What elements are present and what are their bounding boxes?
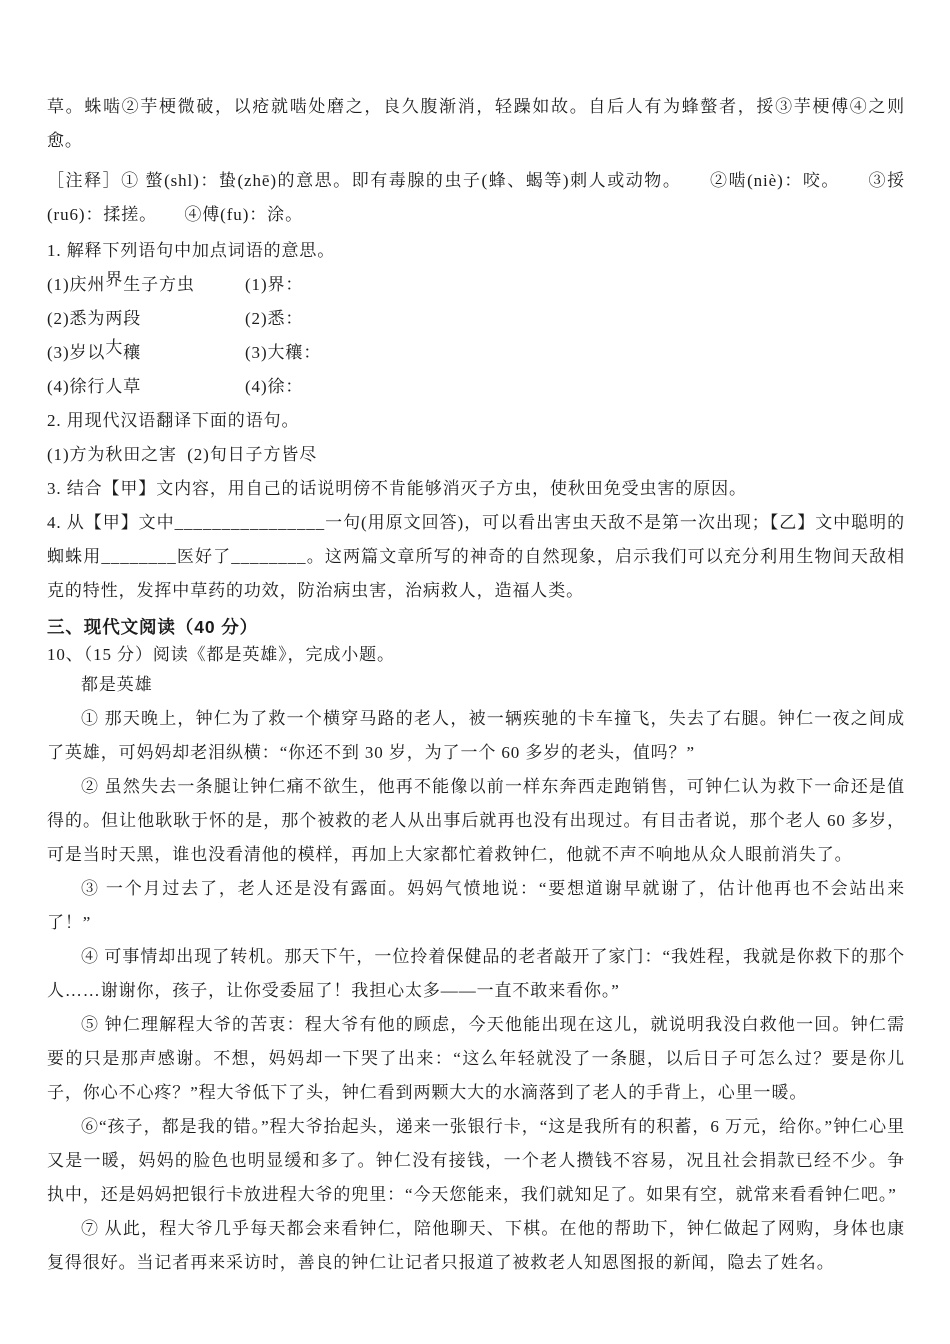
q1-phrase-post: 穰 [123, 343, 141, 362]
question-4: 4. 从【甲】文中________________一句(用原文回答)，可以看出害… [47, 506, 905, 608]
passage-notes: ［注释］① 螫(shl)：蛰(zhē)的意思。即有毒腺的虫子(蜂、蝎等)刺人或动… [47, 164, 905, 232]
question-1-stem: 1. 解释下列语句中加点词语的意思。 [47, 234, 905, 268]
q1-phrase-1: (1)庆州界生子方虫 [47, 268, 245, 302]
q1-answer-label-4: (4)徐： [245, 370, 303, 404]
section-heading-modern-reading: 三、现代文阅读（40 分） [47, 614, 905, 641]
question-10-stem: 10、（15 分）阅读《都是英雄》，完成小题。 [47, 641, 905, 668]
classical-passage-tail: 草。蛛啮②芋梗微破，以疮就啮处磨之，良久腹渐消，轻躁如故。自后人有为蜂螫者，挼③… [47, 90, 905, 158]
story-paragraph-6: ⑥“孩子，都是我的错。”程大爷抬起头，递来一张银行卡，“这是我所有的积蓄，6 万… [47, 1110, 905, 1212]
q1-item-2: (2)悉为两段 (2)悉： [47, 302, 905, 336]
q1-item-1: (1)庆州界生子方虫 (1)界： [47, 268, 905, 302]
question-2-items: (1)方为秋田之害 (2)旬日子方皆尽 [47, 438, 905, 472]
q1-phrase-pre: (4)徐行人草 [47, 377, 141, 396]
story-paragraph-3: ③ 一个月过去了，老人还是没有露面。妈妈气愤地说：“要想道谢早就谢了，估计他再也… [47, 872, 905, 940]
q1-phrase-2: (2)悉为两段 [47, 302, 245, 336]
q1-emphasized-word: 大 [105, 338, 123, 357]
q1-item-4: (4)徐行人草 (4)徐： [47, 370, 905, 404]
q1-answer-label-2: (2)悉： [245, 302, 303, 336]
q1-phrase-4: (4)徐行人草 [47, 370, 245, 404]
q1-phrase-pre: (2)悉为两段 [47, 309, 141, 328]
q1-item-3: (3)岁以大穰 (3)大穰： [47, 336, 905, 370]
story-paragraph-2: ② 虽然失去一条腿让钟仁痛不欲生，他再不能像以前一样东奔西走跑销售，可钟仁认为救… [47, 770, 905, 872]
q1-answer-label-1: (1)界： [245, 268, 303, 302]
q1-phrase-post: 生子方虫 [123, 275, 195, 294]
story-title: 都是英雄 [47, 668, 905, 702]
q1-phrase-pre: (3)岁以 [47, 343, 105, 362]
story-paragraph-4: ④ 可事情却出现了转机。那天下午，一位拎着保健品的老者敲开了家门：“我姓程，我就… [47, 940, 905, 1008]
exam-document-page: 草。蛛啮②芋梗微破，以疮就啮处磨之，良久腹渐消，轻躁如故。自后人有为蜂螫者，挼③… [0, 0, 950, 1344]
story-paragraph-5: ⑤ 钟仁理解程大爷的苦衷：程大爷有他的顾虑，今天他能出现在这儿，就说明我没白救他… [47, 1008, 905, 1110]
q1-phrase-3: (3)岁以大穰 [47, 336, 245, 370]
question-2-stem: 2. 用现代汉语翻译下面的语句。 [47, 404, 905, 438]
q1-phrase-pre: (1)庆州 [47, 275, 105, 294]
question-3: 3. 结合【甲】文内容，用自己的话说明傍不肯能够消灭子方虫，使秋田免受虫害的原因… [47, 472, 905, 506]
story-paragraph-1: ① 那天晚上，钟仁为了救一个横穿马路的老人，被一辆疾驰的卡车撞飞，失去了右腿。钟… [47, 702, 905, 770]
q1-emphasized-word: 界 [105, 270, 123, 289]
story-paragraph-7: ⑦ 从此，程大爷几乎每天都会来看钟仁，陪他聊天、下棋。在他的帮助下，钟仁做起了网… [47, 1212, 905, 1280]
q1-answer-label-3: (3)大穰： [245, 336, 321, 370]
